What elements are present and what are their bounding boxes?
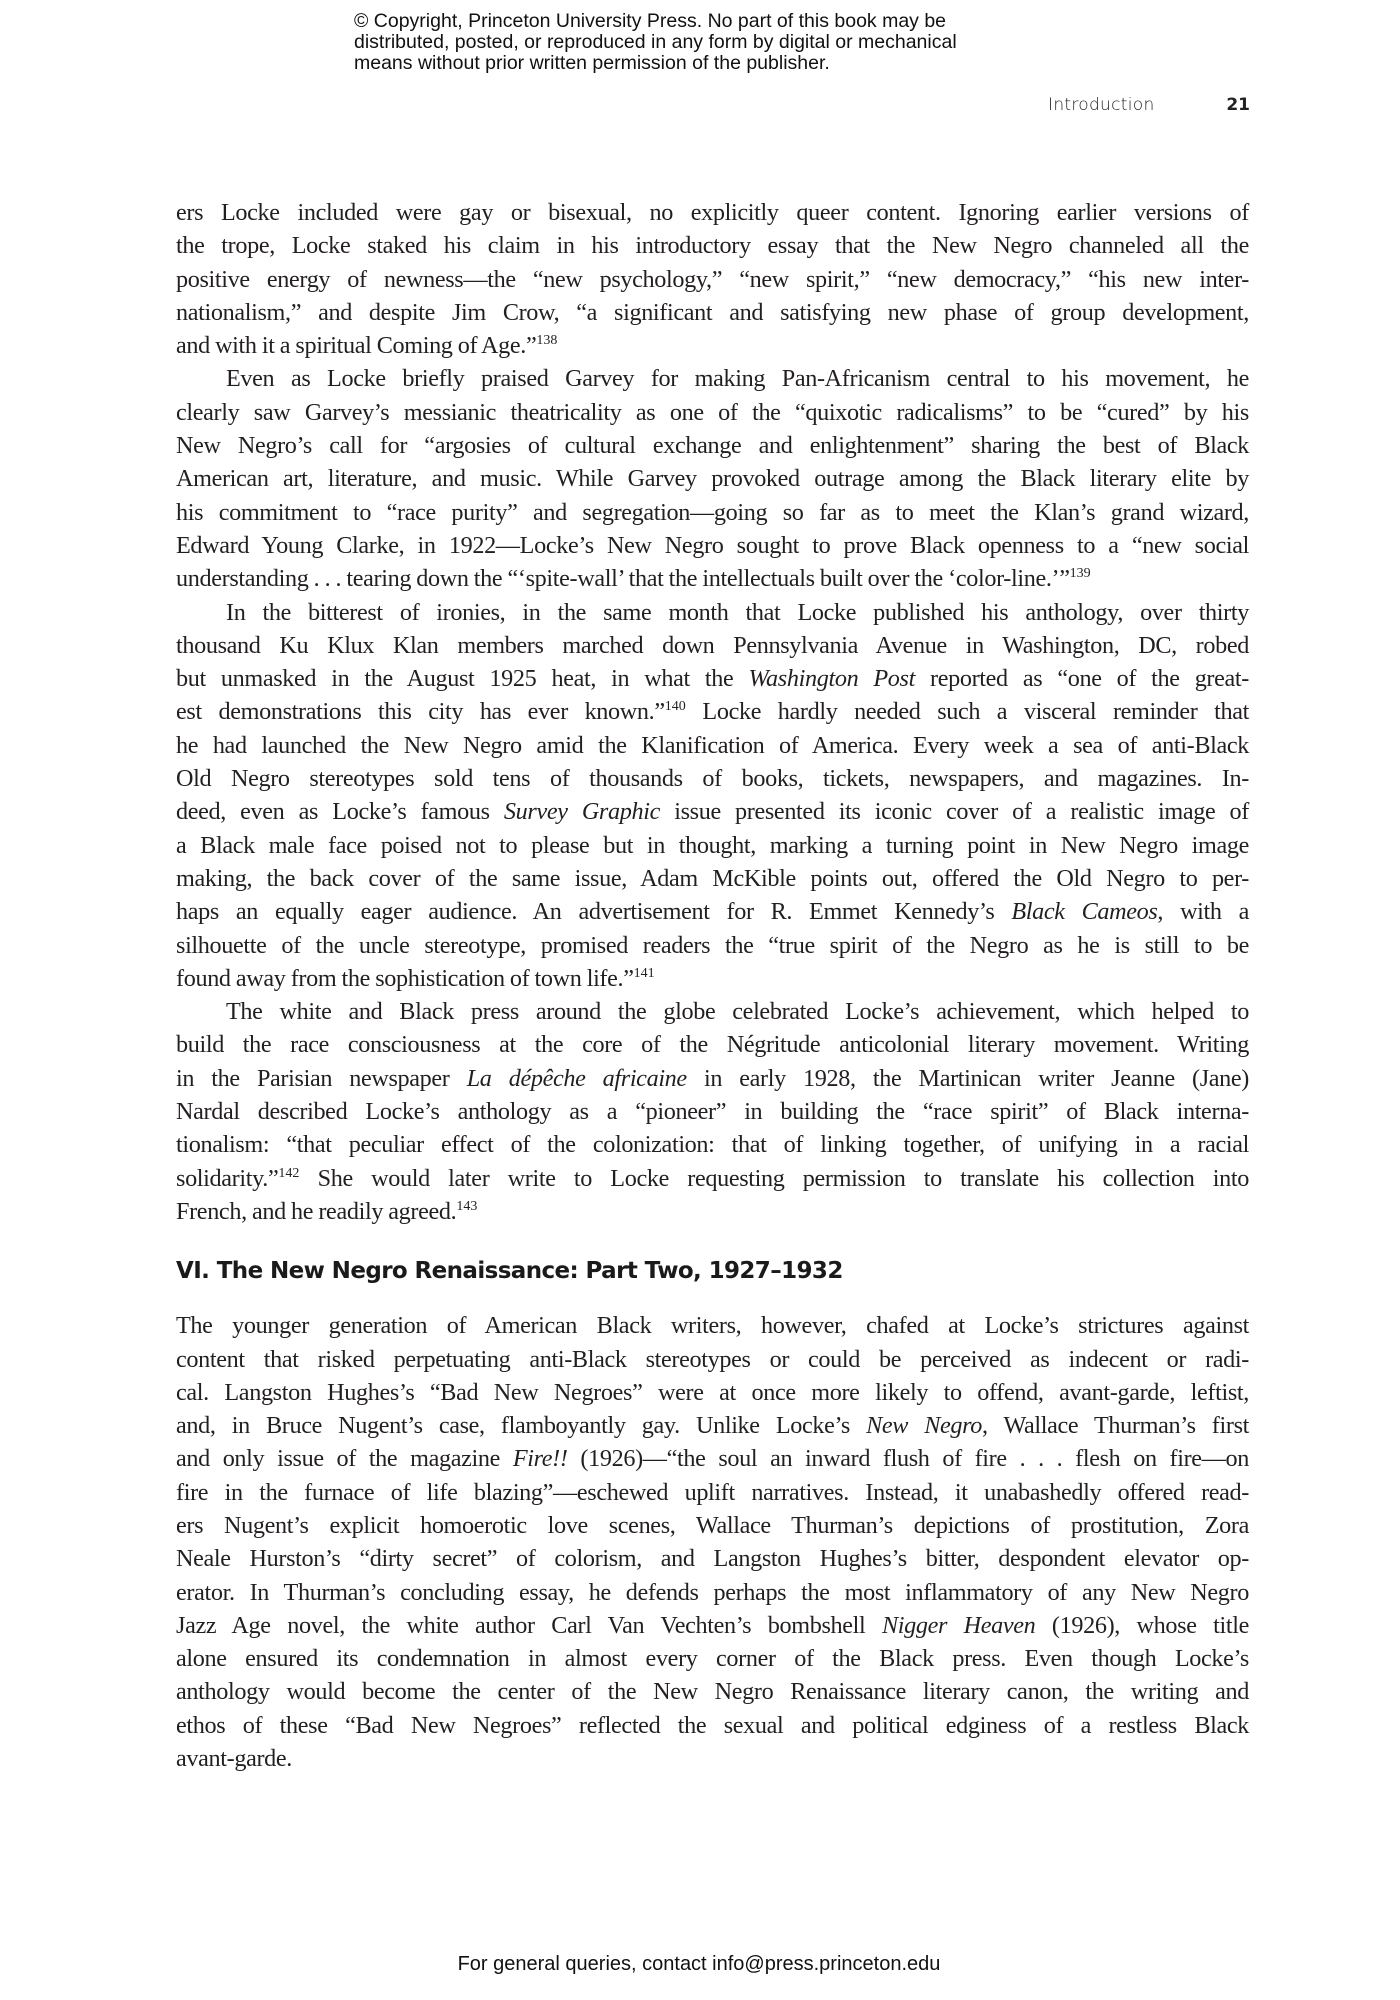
text-line: his commitment to “race purity” and segr… <box>176 496 1249 529</box>
text-line: and, in Bruce Nugent’s case, flamboyantl… <box>176 1409 1249 1442</box>
text-line: tionalism: “that peculiar effect of the … <box>176 1128 1249 1161</box>
italic-title: Washington Post <box>748 665 915 692</box>
text-line: Edward Young Clarke, in 1922—Locke’s New… <box>176 529 1249 562</box>
copyright-line: © Copyright, Princeton University Press.… <box>354 11 1054 32</box>
text-segment: est demonstrations this city has ever kn… <box>176 698 665 725</box>
text-line: alone ensured its condemnation in almost… <box>176 1642 1249 1675</box>
text-segment: found away from the sophistication of to… <box>176 965 634 992</box>
text-line: clearly saw Garvey’s messianic theatrica… <box>176 396 1249 429</box>
text-line: anthology would become the center of the… <box>176 1675 1249 1708</box>
text-segment: , with a <box>1157 898 1249 925</box>
text-line: Neale Hurston’s “dirty secret” of colori… <box>176 1542 1249 1575</box>
copyright-line: distributed, posted, or reproduced in an… <box>354 32 1054 53</box>
footnote-ref: 143 <box>456 1199 477 1214</box>
text-line: ers Locke included were gay or bisexual,… <box>176 196 1249 229</box>
paragraph: The younger generation of American Black… <box>176 1309 1249 1775</box>
text-segment: Jazz Age novel, the white author Carl Va… <box>176 1612 882 1639</box>
text-line: ers Nugent’s explicit homoerotic love sc… <box>176 1509 1249 1542</box>
text-line: fire in the furnace of life blazing”—esc… <box>176 1476 1249 1509</box>
text-line: thousand Ku Klux Klan members marched do… <box>176 629 1249 662</box>
text-line: New Negro’s call for “argosies of cultur… <box>176 429 1249 462</box>
text-line: but unmasked in the August 1925 heat, in… <box>176 662 1249 695</box>
footer: For general queries, contact info@press.… <box>0 1953 1400 1976</box>
text-line: he had launched the New Negro amid the K… <box>176 729 1249 762</box>
text-line: build the race consciousness at the core… <box>176 1028 1249 1061</box>
text-line: found away from the sophistication of to… <box>176 962 1249 995</box>
text-segment: She would later write to Locke requestin… <box>299 1165 1249 1192</box>
contact-text: For general queries, contact info@press.… <box>458 1953 941 1975</box>
text-segment: (1926)—“the soul an inward flush of fire… <box>568 1445 1249 1472</box>
text-line: French, and he readily agreed.143 <box>176 1195 1249 1228</box>
running-title: Introduction <box>1048 95 1155 115</box>
italic-title: La dépêche africaine <box>467 1065 687 1092</box>
text-segment: , Wallace Thurman’s first <box>982 1412 1249 1439</box>
text-segment: solidarity.” <box>176 1165 278 1192</box>
text-segment: (1926), whose title <box>1035 1612 1249 1639</box>
text-line: in the Parisian newspaper La dépêche afr… <box>176 1062 1249 1095</box>
text-line: positive energy of newness—the “new psyc… <box>176 263 1249 296</box>
text-line: est demonstrations this city has ever kn… <box>176 695 1249 728</box>
text-line: ethos of these “Bad New Negroes” reflect… <box>176 1709 1249 1742</box>
text-segment: in the Parisian newspaper <box>176 1065 467 1092</box>
text-segment: and, in Bruce Nugent’s case, flamboyantl… <box>176 1412 866 1439</box>
text-line: The younger generation of American Black… <box>176 1309 1249 1342</box>
copyright-line: means without prior written permission o… <box>354 53 1054 74</box>
text-line: content that risked perpetuating anti-Bl… <box>176 1343 1249 1376</box>
text-segment: deed, even as Locke’s famous <box>176 798 504 825</box>
text-line: a Black male face poised not to please b… <box>176 829 1249 862</box>
text-segment: understanding . . . tearing down the “‘s… <box>176 565 1070 592</box>
text-segment: Locke hardly needed such a visceral remi… <box>686 698 1249 725</box>
italic-title: Fire!! <box>513 1445 568 1472</box>
text-line: In the bitterest of ironies, in the same… <box>176 596 1249 629</box>
footnote-ref: 139 <box>1070 566 1091 581</box>
paragraph: Even as Locke briefly praised Garvey for… <box>176 362 1249 595</box>
text-line: silhouette of the uncle stereotype, prom… <box>176 929 1249 962</box>
italic-title: New Negro <box>866 1412 982 1439</box>
text-line: nationalism,” and despite Jim Crow, “a s… <box>176 296 1249 329</box>
paragraph: In the bitterest of ironies, in the same… <box>176 596 1249 996</box>
text-line: the trope, Locke staked his claim in his… <box>176 229 1249 262</box>
paragraph: The white and Black press around the glo… <box>176 995 1249 1228</box>
footnote-ref: 142 <box>278 1166 299 1181</box>
text-segment: reported as “one of the great- <box>915 665 1249 692</box>
text-segment: haps an equally eager audience. An adver… <box>176 898 1011 925</box>
text-line: deed, even as Locke’s famous Survey Grap… <box>176 795 1249 828</box>
text-line: Old Negro stereotypes sold tens of thous… <box>176 762 1249 795</box>
text-line: American art, literature, and music. Whi… <box>176 462 1249 495</box>
text-line: avant-garde. <box>176 1742 1249 1775</box>
footnote-ref: 138 <box>536 333 557 348</box>
footnote-ref: 141 <box>634 966 655 981</box>
section-heading: VI. The New Negro Renaissance: Part Two,… <box>176 1228 1249 1309</box>
paragraph: ers Locke included were gay or bisexual,… <box>176 196 1249 362</box>
text-segment: and only issue of the magazine <box>176 1445 513 1472</box>
text-line: haps an equally eager audience. An adver… <box>176 895 1249 928</box>
text-line: Jazz Age novel, the white author Carl Va… <box>176 1609 1249 1642</box>
footnote-ref: 140 <box>665 699 686 714</box>
text-segment: and with it a spiritual Coming of Age.” <box>176 332 536 359</box>
italic-title: Black Cameos <box>1011 898 1157 925</box>
text-segment: in early 1928, the Martinican writer Jea… <box>687 1065 1249 1092</box>
text-line: The white and Black press around the glo… <box>176 995 1249 1028</box>
text-line: Nardal described Locke’s anthology as a … <box>176 1095 1249 1128</box>
page-number: 21 <box>1226 95 1250 115</box>
text-line: cal. Langston Hughes’s “Bad New Negroes”… <box>176 1376 1249 1409</box>
copyright-notice: © Copyright, Princeton University Press.… <box>354 11 1054 74</box>
running-head: Introduction 21 <box>1040 95 1250 121</box>
text-line: erator. In Thurman’s concluding essay, h… <box>176 1576 1249 1609</box>
text-line: making, the back cover of the same issue… <box>176 862 1249 895</box>
italic-title: Survey Graphic <box>504 798 660 825</box>
text-line: Even as Locke briefly praised Garvey for… <box>176 362 1249 395</box>
text-line: solidarity.”142 She would later write to… <box>176 1162 1249 1195</box>
text-line: understanding . . . tearing down the “‘s… <box>176 562 1249 595</box>
body-text: ers Locke included were gay or bisexual,… <box>176 196 1249 1775</box>
text-segment: but unmasked in the August 1925 heat, in… <box>176 665 748 692</box>
text-segment: issue presented its iconic cover of a re… <box>660 798 1249 825</box>
italic-title: Nigger Heaven <box>882 1612 1035 1639</box>
text-segment: French, and he readily agreed. <box>176 1198 456 1225</box>
text-line: and only issue of the magazine Fire!! (1… <box>176 1442 1249 1475</box>
text-line: and with it a spiritual Coming of Age.”1… <box>176 329 1249 362</box>
